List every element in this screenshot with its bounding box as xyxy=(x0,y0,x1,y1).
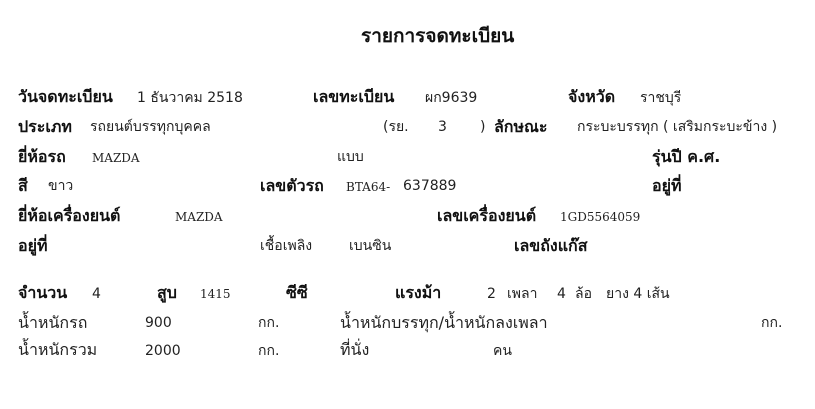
gas-tank-label: เลขถังแก๊ส xyxy=(514,238,587,254)
body-style-value: กระบะบรรทุก ( เสริมกระบะข้าง ) xyxy=(577,120,777,134)
vehicle-weight-value: 900 xyxy=(145,316,172,330)
fuel-value: เบนซิน xyxy=(349,239,391,253)
engine-brand-value: MAZDA xyxy=(175,211,223,223)
fuel-label: เชื้อเพลิง xyxy=(260,239,312,253)
cylinder-count-label: จำนวน xyxy=(18,285,67,301)
registration-date-value: 1 ธันวาคม 2518 xyxy=(137,91,243,105)
engine-number-value: 1GD5564059 xyxy=(560,211,640,223)
vehicle-type-label: ประเภท xyxy=(18,119,72,135)
color-value: ขาว xyxy=(48,179,73,193)
wheel-label: ล้อ xyxy=(575,287,592,301)
tire-text: ยาง 4 เส้น xyxy=(606,287,670,301)
chassis-number-prefix: BTA64- xyxy=(346,181,390,193)
engine-number-label: เลขเครื่องยนต์ xyxy=(437,208,536,224)
location-label-2: อยู่ที่ xyxy=(18,238,48,254)
axle-label: เพลา xyxy=(507,287,537,301)
load-weight-label: น้ำหนักบรรทุก/น้ำหนักลงเพลา xyxy=(340,315,548,331)
cc-label: ซีซี xyxy=(286,285,308,301)
chassis-number-value: 637889 xyxy=(403,179,456,193)
engine-brand-label: ยี่ห้อเครื่องยนต์ xyxy=(18,208,120,224)
horsepower-label: แรงม้า xyxy=(395,285,441,301)
total-weight-label: น้ำหนักรวม xyxy=(18,342,97,358)
vehicle-weight-unit: กก. xyxy=(258,316,279,330)
vehicle-brand-label: ยี่ห้อรถ xyxy=(18,149,66,165)
cylinder-count-value: 4 xyxy=(92,287,101,301)
cc-value: 1415 xyxy=(200,288,231,300)
seats-label: ที่นั่ง xyxy=(340,342,369,358)
rs-close: ) xyxy=(480,120,485,134)
seats-unit: คน xyxy=(493,344,512,358)
location-label: อยู่ที่ xyxy=(652,178,682,194)
total-weight-value: 2000 xyxy=(145,344,181,358)
color-label: สี xyxy=(18,178,28,194)
vehicle-weight-label: น้ำหนักรถ xyxy=(18,315,87,331)
registration-date-label: วันจดทะเบียน xyxy=(18,89,113,105)
total-weight-unit: กก. xyxy=(258,344,279,358)
rs-value: 3 xyxy=(438,120,447,134)
registration-number-value: ผก9639 xyxy=(425,91,477,105)
body-style-label: ลักษณะ xyxy=(494,119,547,135)
load-weight-unit: กก. xyxy=(761,316,782,330)
registration-document: รายการจดทะเบียน วันจดทะเบียน 1 ธันวาคม 2… xyxy=(0,0,815,409)
axle-count: 2 xyxy=(487,287,496,301)
registration-number-label: เลขทะเบียน xyxy=(313,89,394,105)
cylinder-label: สูบ xyxy=(157,285,177,301)
chassis-number-label: เลขตัวรถ xyxy=(260,178,324,194)
model-label: แบบ xyxy=(337,150,364,164)
wheel-count: 4 xyxy=(557,287,566,301)
rs-open: (รย. xyxy=(383,120,409,134)
vehicle-type-value: รถยนต์บรรทุกบุคคล xyxy=(90,120,211,134)
document-title: รายการจดทะเบียน xyxy=(361,27,514,46)
province-value: ราชบุรี xyxy=(640,91,681,105)
vehicle-brand-value: MAZDA xyxy=(92,152,140,164)
province-label: จังหวัด xyxy=(568,89,615,105)
model-year-label: รุ่นปี ค.ศ. xyxy=(652,149,720,165)
